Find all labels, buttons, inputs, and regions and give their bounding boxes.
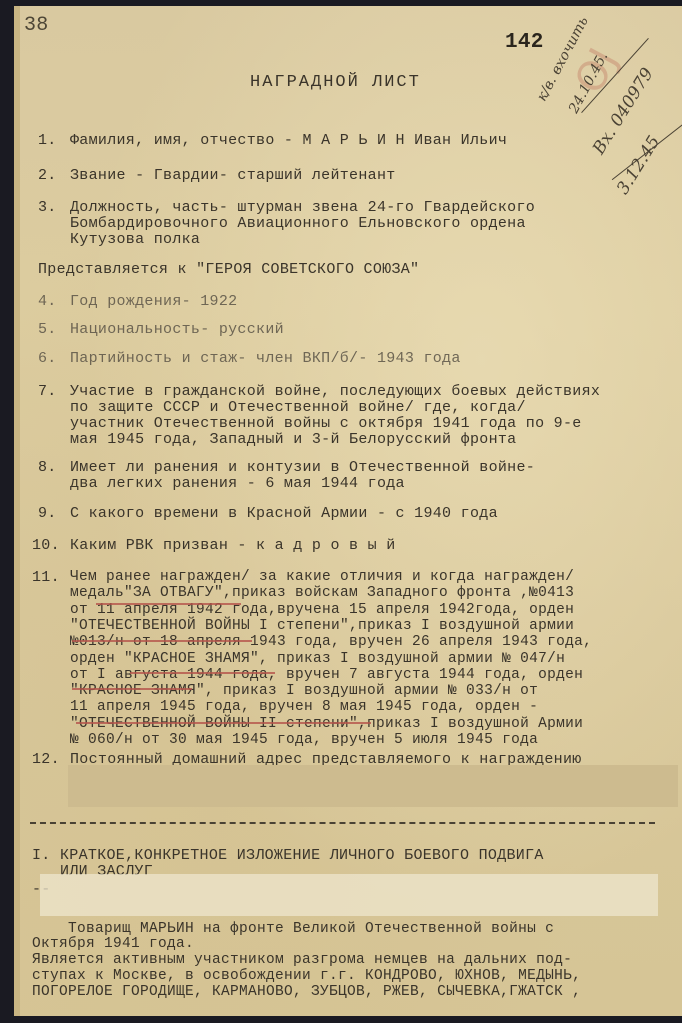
previous-award-line: №013/н от 18 апреля 1943 года, вручен 26… bbox=[70, 635, 592, 650]
field-war-service-line: мая 1945 года, Западный и 3-й Белорусски… bbox=[70, 432, 516, 447]
previous-award-line: № 060/н от 30 мая 1945 года, вручен 5 ию… bbox=[70, 733, 538, 748]
award-underline bbox=[76, 722, 371, 724]
narrative-line: ПОГОРЕЛОЕ ГОРОДИЩЕ, КАРМАНОВО, ЗУБЦОВ, Р… bbox=[32, 985, 581, 1000]
field-rank: Звание - Гвардии- старший лейтенант bbox=[70, 168, 396, 183]
nominated-for: Представляется к "ГЕРОЯ СОВЕТСКОГО СОЮЗА… bbox=[38, 262, 419, 277]
field-full-name: Фамилия, имя, отчество - М А Р Ь И Н Ива… bbox=[70, 133, 507, 148]
previous-award-line: медаль"ЗА ОТВАГУ",приказ войскам Западно… bbox=[70, 586, 574, 601]
field-birth-year: Год рождения- 1922 bbox=[70, 294, 237, 309]
section-num: I. bbox=[32, 848, 51, 863]
field-party: Партийность и стаж- член ВКП/б/- 1943 го… bbox=[70, 351, 461, 366]
field-9-num: 9. bbox=[38, 506, 57, 521]
field-draft-office: Каким РВК призван - к а д р о в ы й bbox=[70, 538, 396, 553]
field-7-num: 7. bbox=[38, 384, 57, 399]
field-1-num: 1. bbox=[38, 133, 57, 148]
field-6-num: 6. bbox=[38, 351, 57, 366]
narrative-line: ступах к Москве, в освобождении г.г. КОН… bbox=[32, 969, 581, 984]
section-heading-line: КРАТКОЕ,КОНКРЕТНОЕ ИЗЛОЖЕНИЕ ЛИЧНОГО БОЕ… bbox=[60, 848, 544, 863]
field-2-num: 2. bbox=[38, 168, 57, 183]
previous-award-line: орден "КРАСНОЕ ЗНАМЯ", приказ I воздушно… bbox=[70, 652, 565, 667]
field-10-num: 10. bbox=[32, 538, 60, 553]
field-war-service-line: Участие в гражданской войне, последующих… bbox=[70, 384, 600, 399]
field-4-num: 4. bbox=[38, 294, 57, 309]
previous-award-line: Чем ранее награжден/ за какие отличия и … bbox=[70, 570, 574, 585]
field-nationality: Национальность- русский bbox=[70, 322, 284, 337]
field-war-service-line: по защите СССР и Отечественной войне/ гд… bbox=[70, 400, 526, 415]
award-underline bbox=[96, 603, 241, 605]
award-underline bbox=[130, 672, 275, 674]
section-divider bbox=[30, 822, 655, 824]
field-5-num: 5. bbox=[38, 322, 57, 337]
narrative-line: Октября 1941 года. bbox=[32, 937, 194, 952]
field-3-num: 3. bbox=[38, 200, 57, 215]
previous-award-line: "ОТЕЧЕСТВЕННОЙ ВОЙНЫ I степени",приказ I… bbox=[70, 619, 574, 634]
field-wounds-line: Имеет ли ранения и контузии в Отечествен… bbox=[70, 460, 535, 475]
archive-page-number: 38 bbox=[24, 16, 49, 36]
archival-tape bbox=[40, 874, 658, 916]
field-position-line: Кутузова полка bbox=[70, 232, 200, 247]
field-army-since: С какого времени в Красной Армии - с 194… bbox=[70, 506, 498, 521]
narrative-line: Является активным участником разгрома не… bbox=[32, 953, 572, 968]
narrative-line: Товарищ МАРЬИН на фронте Великой Отечест… bbox=[32, 922, 554, 937]
field-position-line: Бомбардировочного Авиационного Ельновско… bbox=[70, 216, 526, 231]
award-underline bbox=[72, 640, 252, 642]
previous-award-line: "КРАСНОЕ ЗНАМЯ", приказ I воздушной арми… bbox=[70, 684, 538, 699]
sheet-number: 142 bbox=[505, 32, 544, 53]
previous-award-line: 11 апреля 1945 года, вручен 8 мая 1945 г… bbox=[70, 700, 538, 715]
field-wounds-line: два легких ранения - 6 мая 1944 года bbox=[70, 476, 405, 491]
previous-award-line: от I августа 1944 года, вручен 7 августа… bbox=[70, 668, 583, 683]
page-edge bbox=[14, 6, 20, 1016]
redacted-address bbox=[68, 765, 678, 807]
field-war-service-line: участник Отечественной войны с октября 1… bbox=[70, 416, 582, 431]
field-position-line: Должность, часть- штурман звена 24-го Гв… bbox=[70, 200, 535, 215]
field-12-num: 12. bbox=[32, 752, 60, 767]
field-8-num: 8. bbox=[38, 460, 57, 475]
field-11-num: 11. bbox=[32, 570, 60, 585]
document-title: НАГРАДНОЙ ЛИСТ bbox=[250, 74, 421, 91]
award-underline bbox=[72, 688, 192, 690]
